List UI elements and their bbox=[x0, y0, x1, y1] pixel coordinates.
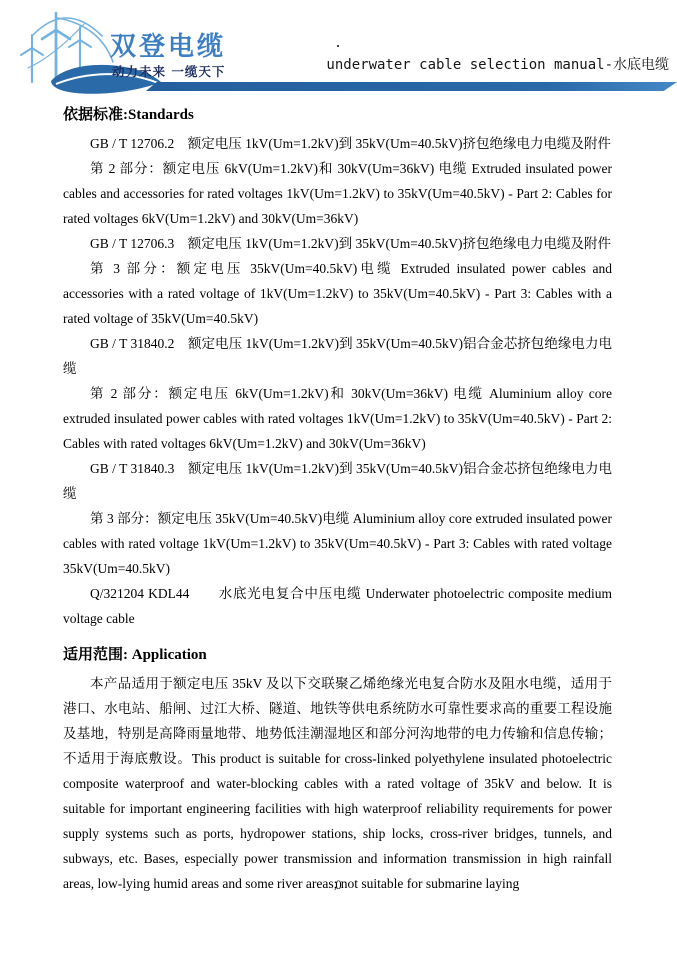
manual-title: underwater cable selection manual-水底电缆 bbox=[326, 54, 669, 74]
standard-paragraph: GB / T 31840.3 额定电压 1kV(Um=1.2kV)到 35kV(… bbox=[63, 456, 612, 506]
company-name: 双登电缆 bbox=[110, 26, 226, 63]
stray-mark bbox=[337, 45, 339, 47]
company-slogan: 动力未来 一缆天下 bbox=[112, 62, 225, 80]
standard-paragraph: GB / T 12706.2 额定电压 1kV(Um=1.2kV)到 35kV(… bbox=[63, 131, 612, 156]
page-header: 双登电缆 动力未来 一缆天下 underwater cable selectio… bbox=[0, 0, 677, 100]
standard-paragraph: Q/321204 KDL44 水底光电复合中压电缆 Underwater pho… bbox=[63, 581, 612, 631]
standard-paragraph: 第 3 部分：额定电压 35kV(Um=40.5kV)电缆 Aluminium … bbox=[63, 506, 612, 581]
section-heading-standards: 依据标准:Standards bbox=[63, 103, 612, 128]
standard-paragraph: GB / T 12706.3 额定电压 1kV(Um=1.2kV)到 35kV(… bbox=[63, 231, 612, 256]
document-page: 双登电缆 动力未来 一缆天下 underwater cable selectio… bbox=[0, 0, 677, 957]
section-heading-application: 适用范围: Application bbox=[63, 643, 612, 668]
standard-paragraph: GB / T 31840.2 额定电压 1kV(Um=1.2kV)到 35kV(… bbox=[63, 331, 612, 381]
application-paragraph: 本产品适用于额定电压 35kV 及以下交联聚乙烯绝缘光电复合防水及阻水电缆，适用… bbox=[63, 671, 612, 896]
standard-paragraph: 第 2 部分：额定电压 6kV(Um=1.2kV)和 30kV(Um=36kV)… bbox=[63, 156, 612, 231]
standard-paragraph: 第 3 部分：额定电压 35kV(Um=40.5kV)电缆 Extruded i… bbox=[63, 256, 612, 331]
document-body: 依据标准:Standards GB / T 12706.2 额定电压 1kV(U… bbox=[63, 103, 612, 896]
header-rule-bar bbox=[146, 82, 677, 91]
standard-paragraph: 第 2 部分：额定电压 6kV(Um=1.2kV)和 30kV(Um=36kV)… bbox=[63, 381, 612, 456]
page-number: 0 bbox=[0, 878, 677, 893]
